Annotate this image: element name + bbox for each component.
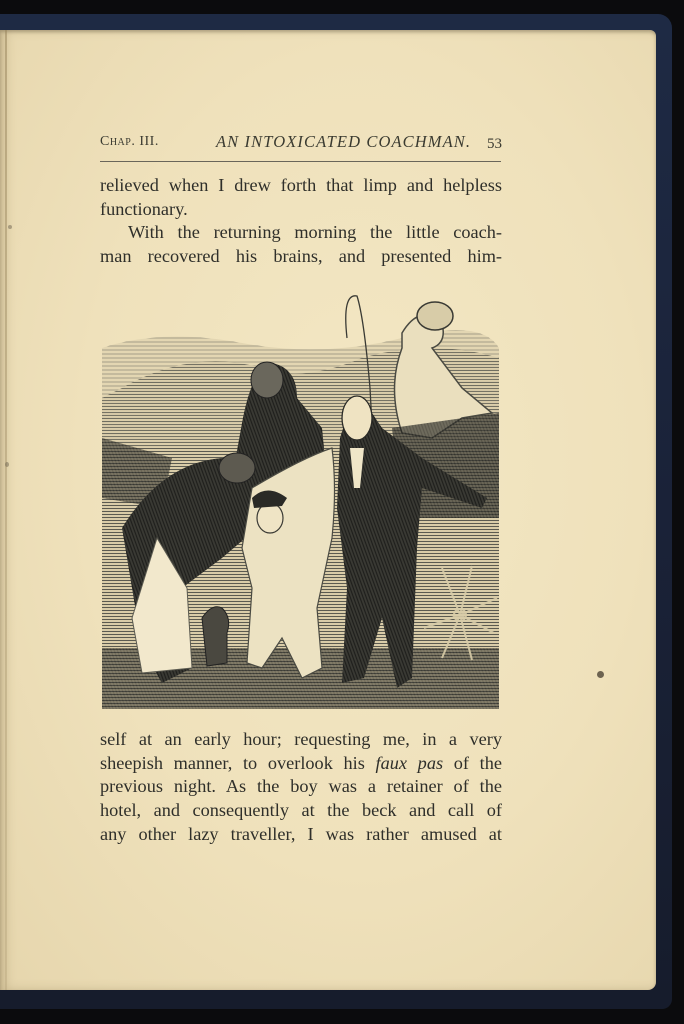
text-line: previous night. As the boy was a retaine… — [100, 775, 502, 799]
illustration-icon — [102, 288, 499, 709]
text-block-bottom: self at an early hour; requesting me, in… — [100, 728, 502, 846]
text-block-top: relieved when I drew forth that limp and… — [100, 174, 502, 269]
header-rule — [100, 161, 501, 162]
text-line: sheepish manner, to overlook his faux pa… — [100, 752, 502, 776]
gutter-line — [5, 30, 7, 990]
text-span: previous night. As the boy was a retaine… — [100, 776, 502, 796]
italic-phrase: faux pas — [376, 753, 444, 773]
chapter-title: AN INTOXICATED COACHMAN. — [216, 132, 471, 152]
engraving-illustration — [102, 288, 499, 709]
text-line: relieved when I drew forth that limp and… — [100, 174, 502, 198]
foxing-spot — [597, 671, 604, 678]
text-span: any other lazy traveller, I was rather a… — [100, 824, 502, 844]
text-line: hotel, and consequently at the beck and … — [100, 799, 502, 823]
running-head: Chap. III. AN INTOXICATED COACHMAN. 53 — [100, 132, 502, 156]
foxing-spot — [8, 225, 12, 229]
text-line: man recovered his brains, and presented … — [100, 245, 502, 269]
text-span: self at an early hour; requesting me, in… — [100, 729, 502, 749]
foxing-spot — [5, 462, 9, 467]
text-line: functionary. — [100, 198, 502, 222]
text-span: sheepish manner, to overlook his — [100, 753, 376, 773]
text-line: any other lazy traveller, I was rather a… — [100, 823, 502, 847]
text-span: of the — [443, 753, 502, 773]
page-number: 53 — [487, 136, 502, 153]
text-line: self at an early hour; requesting me, in… — [100, 728, 502, 752]
text-line: With the returning morning the little co… — [100, 221, 502, 245]
text-span: hotel, and consequently at the beck and … — [100, 800, 502, 820]
chapter-label: Chap. III. — [100, 134, 159, 150]
